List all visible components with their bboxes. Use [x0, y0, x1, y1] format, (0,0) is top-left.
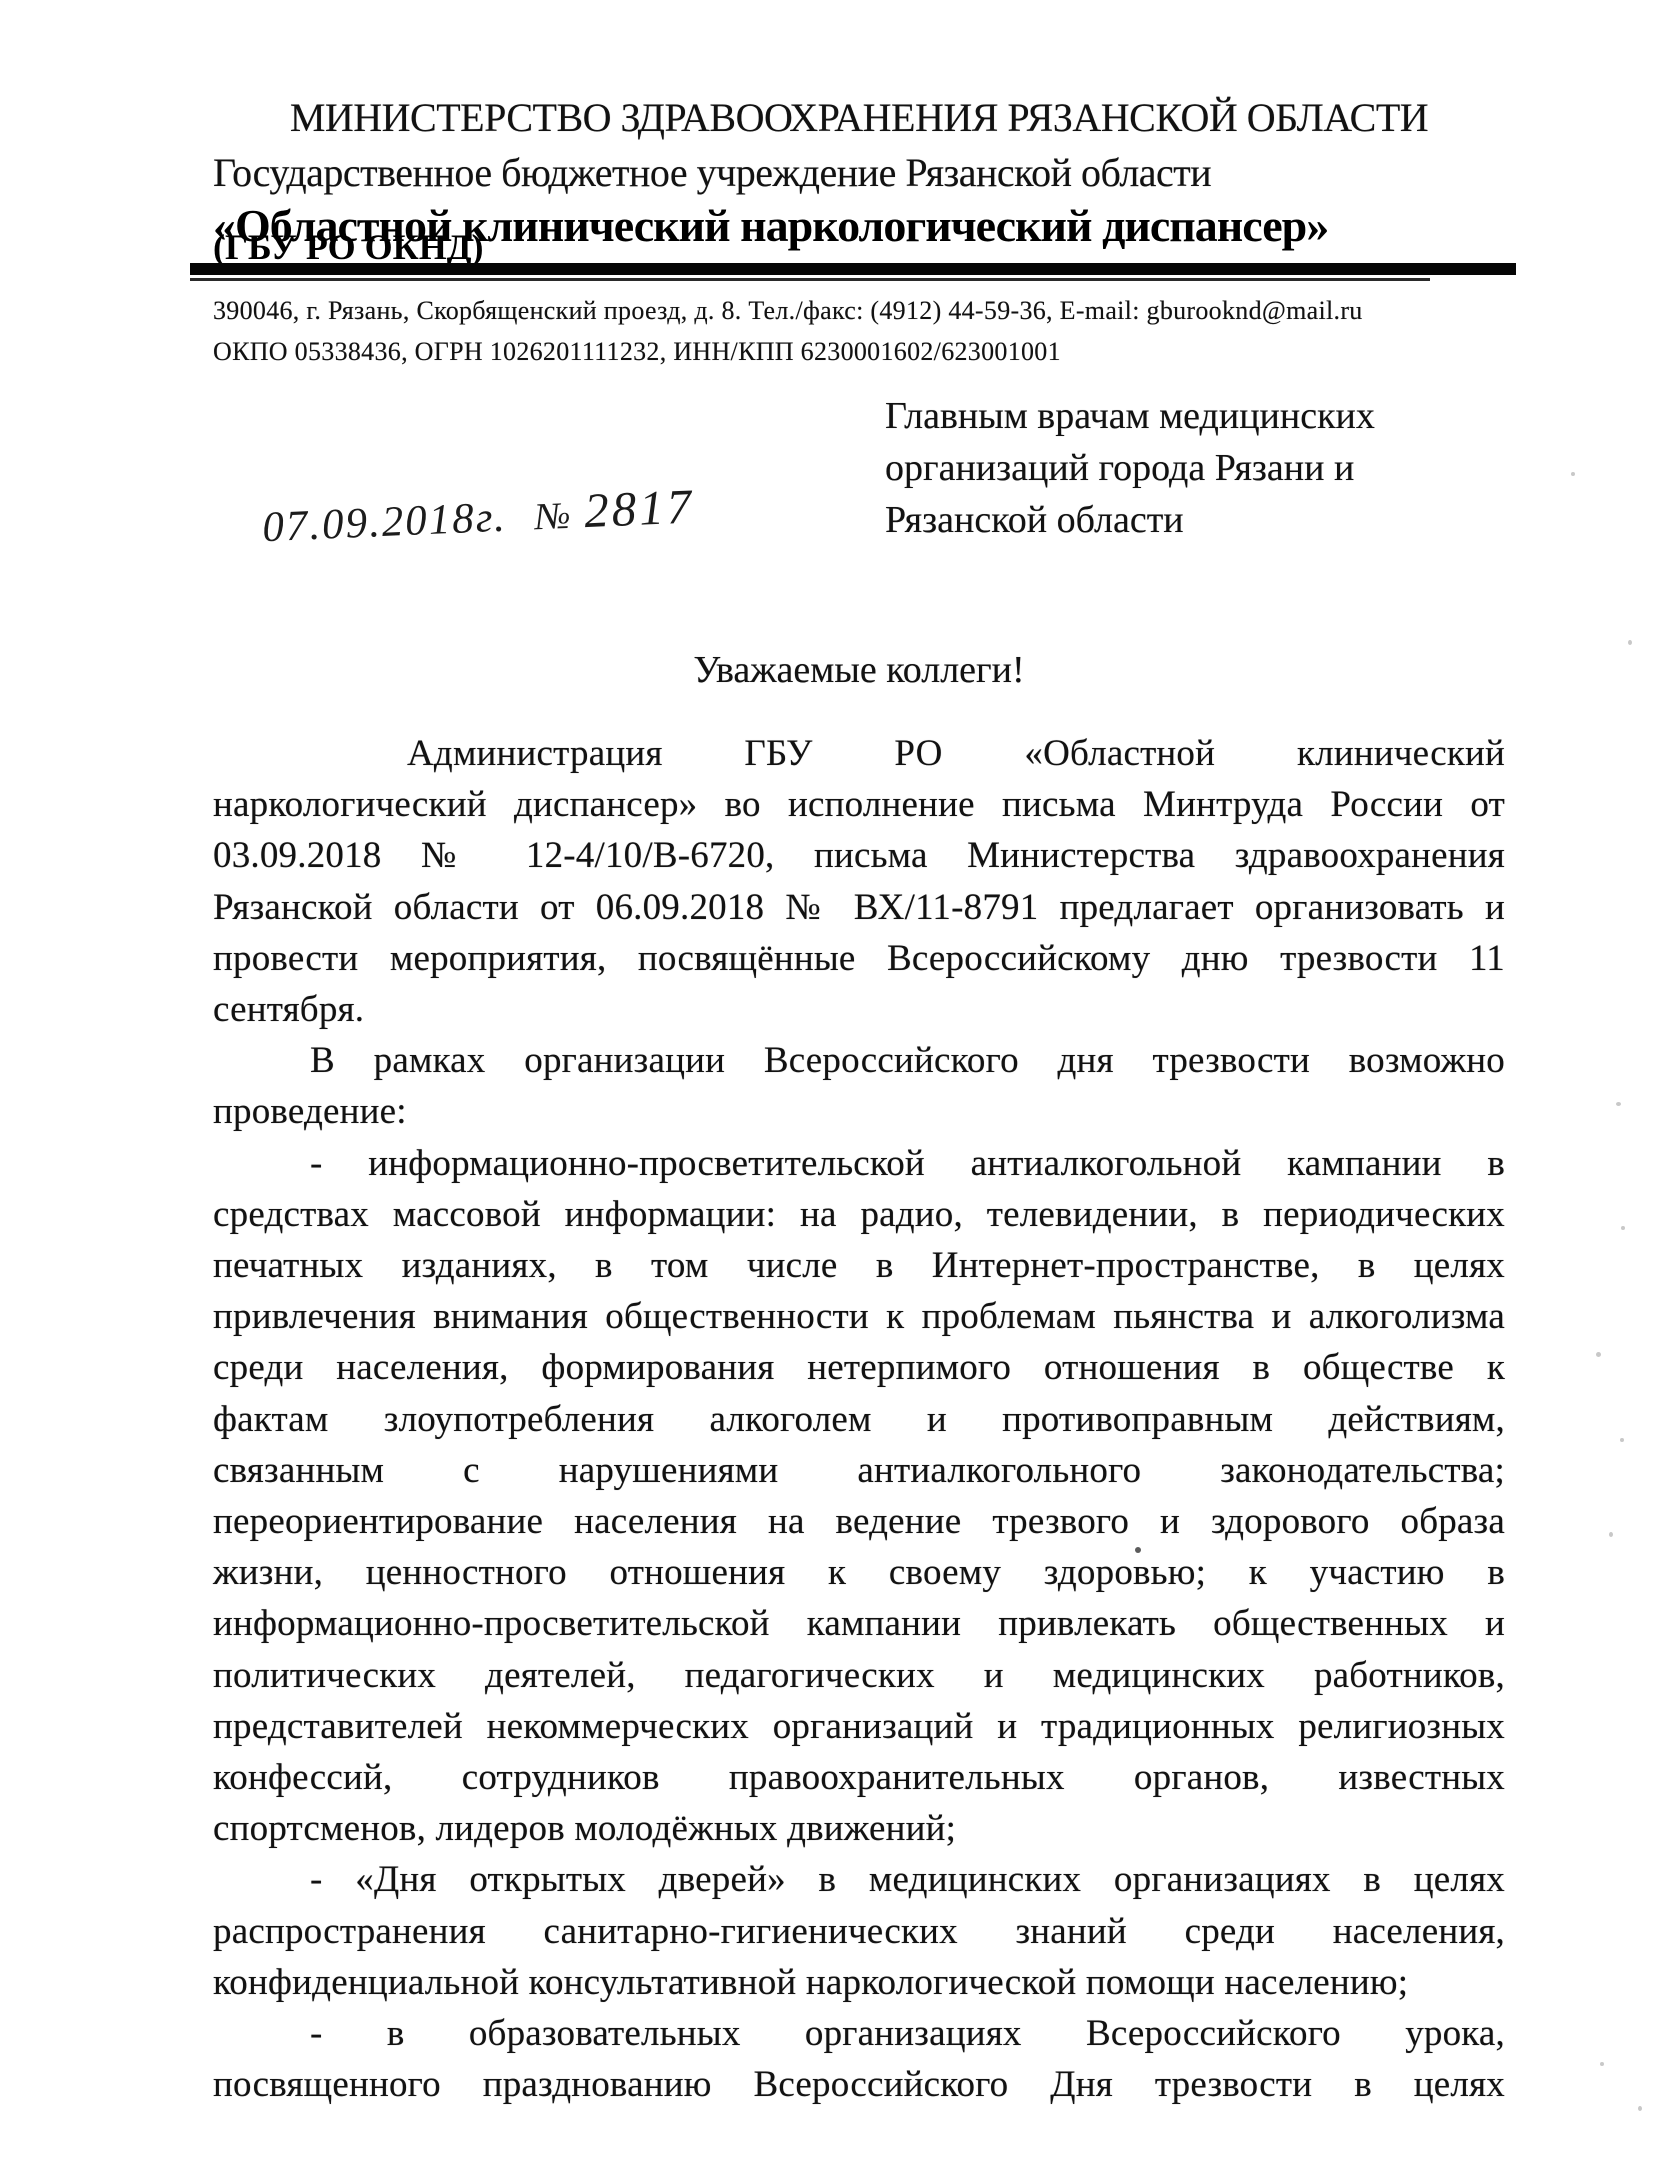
letterhead-rule-shadow — [190, 278, 1430, 281]
body-line: печатных изданиях, в том числе в Интерне… — [213, 1240, 1505, 1291]
institution-type: Государственное бюджетное учреждение Ряз… — [213, 149, 1505, 196]
body-line: - в образовательных организациях Всеросс… — [213, 2008, 1505, 2059]
body-line: среди населения, формирования нетерпимог… — [213, 1342, 1505, 1393]
body-line: проведение: — [213, 1086, 1505, 1137]
scan-speck — [1596, 1352, 1601, 1357]
body-line: связанным с нарушениями антиалкогольного… — [213, 1445, 1505, 1496]
scan-speck — [1616, 1102, 1621, 1106]
letterhead-rule — [190, 263, 1516, 275]
institution-abbreviation: (ГБУ РО ОКНД) — [213, 226, 484, 268]
scan-speck — [1638, 2106, 1642, 2111]
handwritten-number: 2817 — [583, 478, 695, 538]
recipient-line: Рязанской области — [885, 494, 1445, 546]
body-lines: Администрация ГБУ РО «Областной клиничес… — [213, 728, 1505, 2110]
body-line: провести мероприятия, посвящённые Всерос… — [213, 933, 1505, 984]
body-line: жизни, ценностного отношения к своему зд… — [213, 1547, 1505, 1598]
body-line: информационно-просветительской кампании … — [213, 1598, 1505, 1649]
scan-speck — [1620, 1438, 1624, 1442]
handwritten-date: 07.09.2018г. — [261, 494, 507, 552]
scan-speck — [1628, 640, 1632, 645]
body-line: Администрация ГБУ РО «Областной клиничес… — [213, 728, 1505, 779]
body-line: наркологический диспансер» во исполнение… — [213, 779, 1505, 830]
recipient-line: Главным врачам медицинских — [885, 390, 1445, 442]
address-line: 390046, г. Рязань, Скорбященский проезд,… — [213, 296, 1505, 326]
scan-speck — [1571, 472, 1575, 476]
scan-speck — [1135, 1547, 1141, 1553]
document-page: МИНИСТЕРСТВО ЗДРАВООХРАНЕНИЯ РЯЗАНСКОЙ О… — [0, 0, 1663, 2163]
body-line: - «Дня открытых дверей» в медицинских ор… — [213, 1854, 1505, 1905]
body-line: спортсменов, лидеров молодёжных движений… — [213, 1803, 1505, 1854]
salutation: Уважаемые коллеги! — [213, 648, 1505, 692]
body-line: конфиденциальной консультативной нарколо… — [213, 1957, 1505, 2008]
body-line: переориентирование населения на ведение … — [213, 1496, 1505, 1547]
body-line: конфессий, сотрудников правоохранительны… — [213, 1752, 1505, 1803]
ministry-title: МИНИСТЕРСТВО ЗДРАВООХРАНЕНИЯ РЯЗАНСКОЙ О… — [213, 94, 1505, 141]
body-line: средствах массовой информации: на радио,… — [213, 1189, 1505, 1240]
number-sign: № — [534, 495, 572, 539]
body-line: Рязанской области от 06.09.2018 № ВХ/11-… — [213, 882, 1505, 933]
scan-speck — [1609, 1532, 1613, 1537]
body-line: фактам злоупотребления алкоголем и проти… — [213, 1394, 1505, 1445]
recipient-line: организаций города Рязани и — [885, 442, 1445, 494]
scan-speck — [1600, 2062, 1604, 2066]
registration-line: ОКПО 05338436, ОГРН 1026201111232, ИНН/К… — [213, 337, 1505, 367]
body-line: 03.09.2018 № 12-4/10/В-6720, письма Мини… — [213, 830, 1505, 881]
body-line: В рамках организации Всероссийского дня … — [213, 1035, 1505, 1086]
body-line: привлечения внимания общественности к пр… — [213, 1291, 1505, 1342]
body-line: распространения санитарно-гигиенических … — [213, 1906, 1505, 1957]
body-line: политических деятелей, педагогических и … — [213, 1650, 1505, 1701]
body-line: сентября. — [213, 984, 1505, 1035]
body-line: представителей некоммерческих организаци… — [213, 1701, 1505, 1752]
handwritten-reference: 07.09.2018г.№2817 — [261, 476, 733, 553]
recipient-block: Главным врачам медицинскихорганизаций го… — [885, 390, 1445, 546]
scan-speck — [1621, 1226, 1625, 1230]
body-line: - информационно-просветительской антиалк… — [213, 1138, 1505, 1189]
body-line: посвященного празднованию Всероссийского… — [213, 2059, 1505, 2110]
